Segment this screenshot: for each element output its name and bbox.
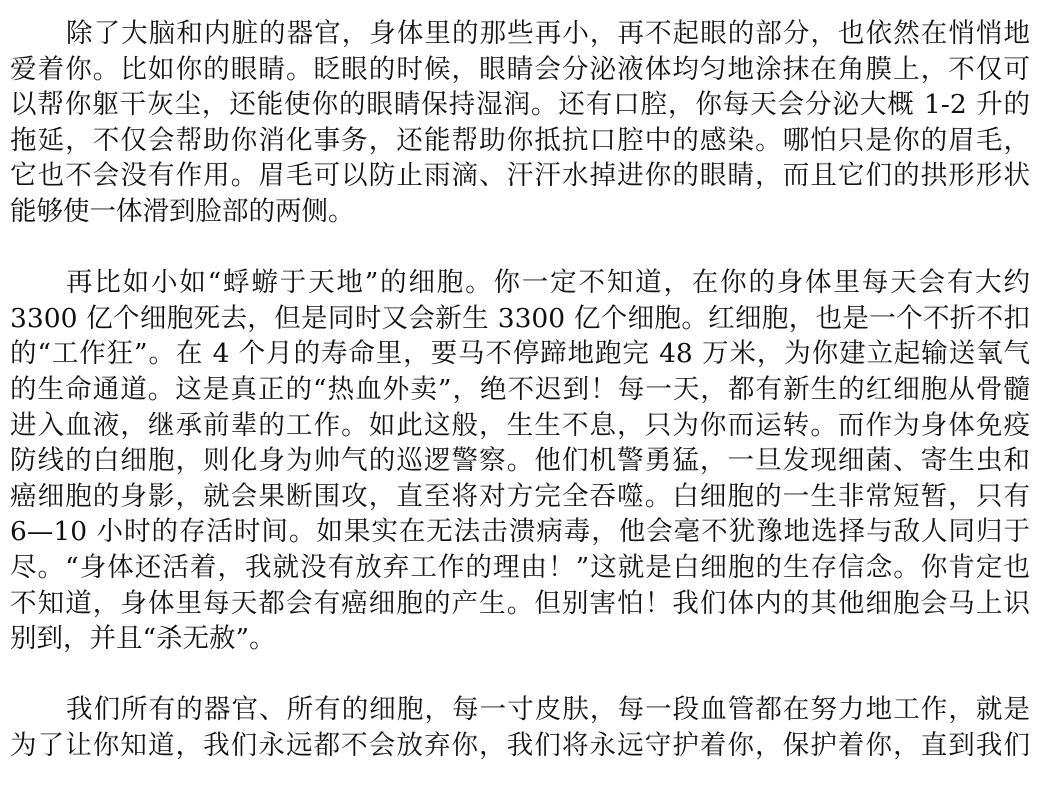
paragraph-spacer — [10, 657, 1030, 693]
text-line: 6—10 小时的存活时间。如果实在无法击溃病毒，他会毫不犹豫地选择与敌人同归于 — [10, 514, 1030, 550]
text-line: 3300 亿个细胞死去，但是同时又会新生 3300 亿个细胞。红细胞，也是一个不… — [10, 301, 1030, 337]
text-line: 进入血液，继承前辈的工作。如此这般，生生不息，只为你而运转。而作为身体免疫 — [10, 408, 1030, 444]
text-line: 爱着你。比如你的眼睛。眨眼的时候，眼睛会分泌液体均匀地涂抹在角膜上，不仅可 — [10, 52, 1030, 88]
paragraph-spacer — [10, 230, 1030, 266]
paragraph-organs: 除了大脑和内脏的器官，身体里的那些再小，再不起眼的部分，也依然在悄悄地 爱着你。… — [10, 16, 1030, 230]
text-line: 拖延，不仅会帮助你消化事务，还能帮助你抵抗口腔中的感染。哪怕只是你的眉毛， — [10, 123, 1030, 159]
paragraph-cells: 再比如小如“蜉蝣于天地”的细胞。你一定不知道，在你的身体里每天会有大约 3300… — [10, 265, 1030, 657]
text-line: 再比如小如“蜉蝣于天地”的细胞。你一定不知道，在你的身体里每天会有大约 — [10, 265, 1030, 301]
text-line: 别到，并且“杀无赦”。 — [10, 621, 1030, 657]
text-line: 除了大脑和内脏的器官，身体里的那些再小，再不起眼的部分，也依然在悄悄地 — [10, 16, 1030, 52]
text-line: 为了让你知道，我们永远都不会放弃你，我们将永远守护着你，保护着你，直到我们 — [10, 728, 1030, 764]
text-line: 的“工作狂”。在 4 个月的寿命里，要马不停蹄地跑完 48 万米，为你建立起输送… — [10, 336, 1030, 372]
text-line: 我们所有的器官、所有的细胞，每一寸皮肤，每一段血管都在努力地工作，就是 — [10, 692, 1030, 728]
document-body: 除了大脑和内脏的器官，身体里的那些再小，再不起眼的部分，也依然在悄悄地 爱着你。… — [10, 16, 1030, 763]
text-line: 它也不会没有作用。眉毛可以防止雨滴、汗汗水掉进你的眼睛，而且它们的拱形形状 — [10, 158, 1030, 194]
text-line: 能够使一体滑到脸部的两侧。 — [10, 194, 1030, 230]
text-line: 的生命通道。这是真正的“热血外卖”，绝不迟到！每一天，都有新生的红细胞从骨髓 — [10, 372, 1030, 408]
text-line: 不知道，身体里每天都会有癌细胞的产生。但别害怕！我们体内的其他细胞会马上识 — [10, 586, 1030, 622]
text-line: 防线的白细胞，则化身为帅气的巡逻警察。他们机警勇猛，一旦发现细菌、寄生虫和 — [10, 443, 1030, 479]
text-line: 癌细胞的身影，就会果断围攻，直至将对方完全吞噬。白细胞的一生非常短暂，只有 — [10, 479, 1030, 515]
text-line: 以帮你躯干灰尘，还能使你的眼睛保持湿润。还有口腔，你每天会分泌大概 1-2 升的 — [10, 87, 1030, 123]
paragraph-conclusion: 我们所有的器官、所有的细胞，每一寸皮肤，每一段血管都在努力地工作，就是 为了让你… — [10, 692, 1030, 763]
text-line: 尽。“身体还活着，我就没有放弃工作的理由！”这就是白细胞的生存信念。你肯定也 — [10, 550, 1030, 586]
